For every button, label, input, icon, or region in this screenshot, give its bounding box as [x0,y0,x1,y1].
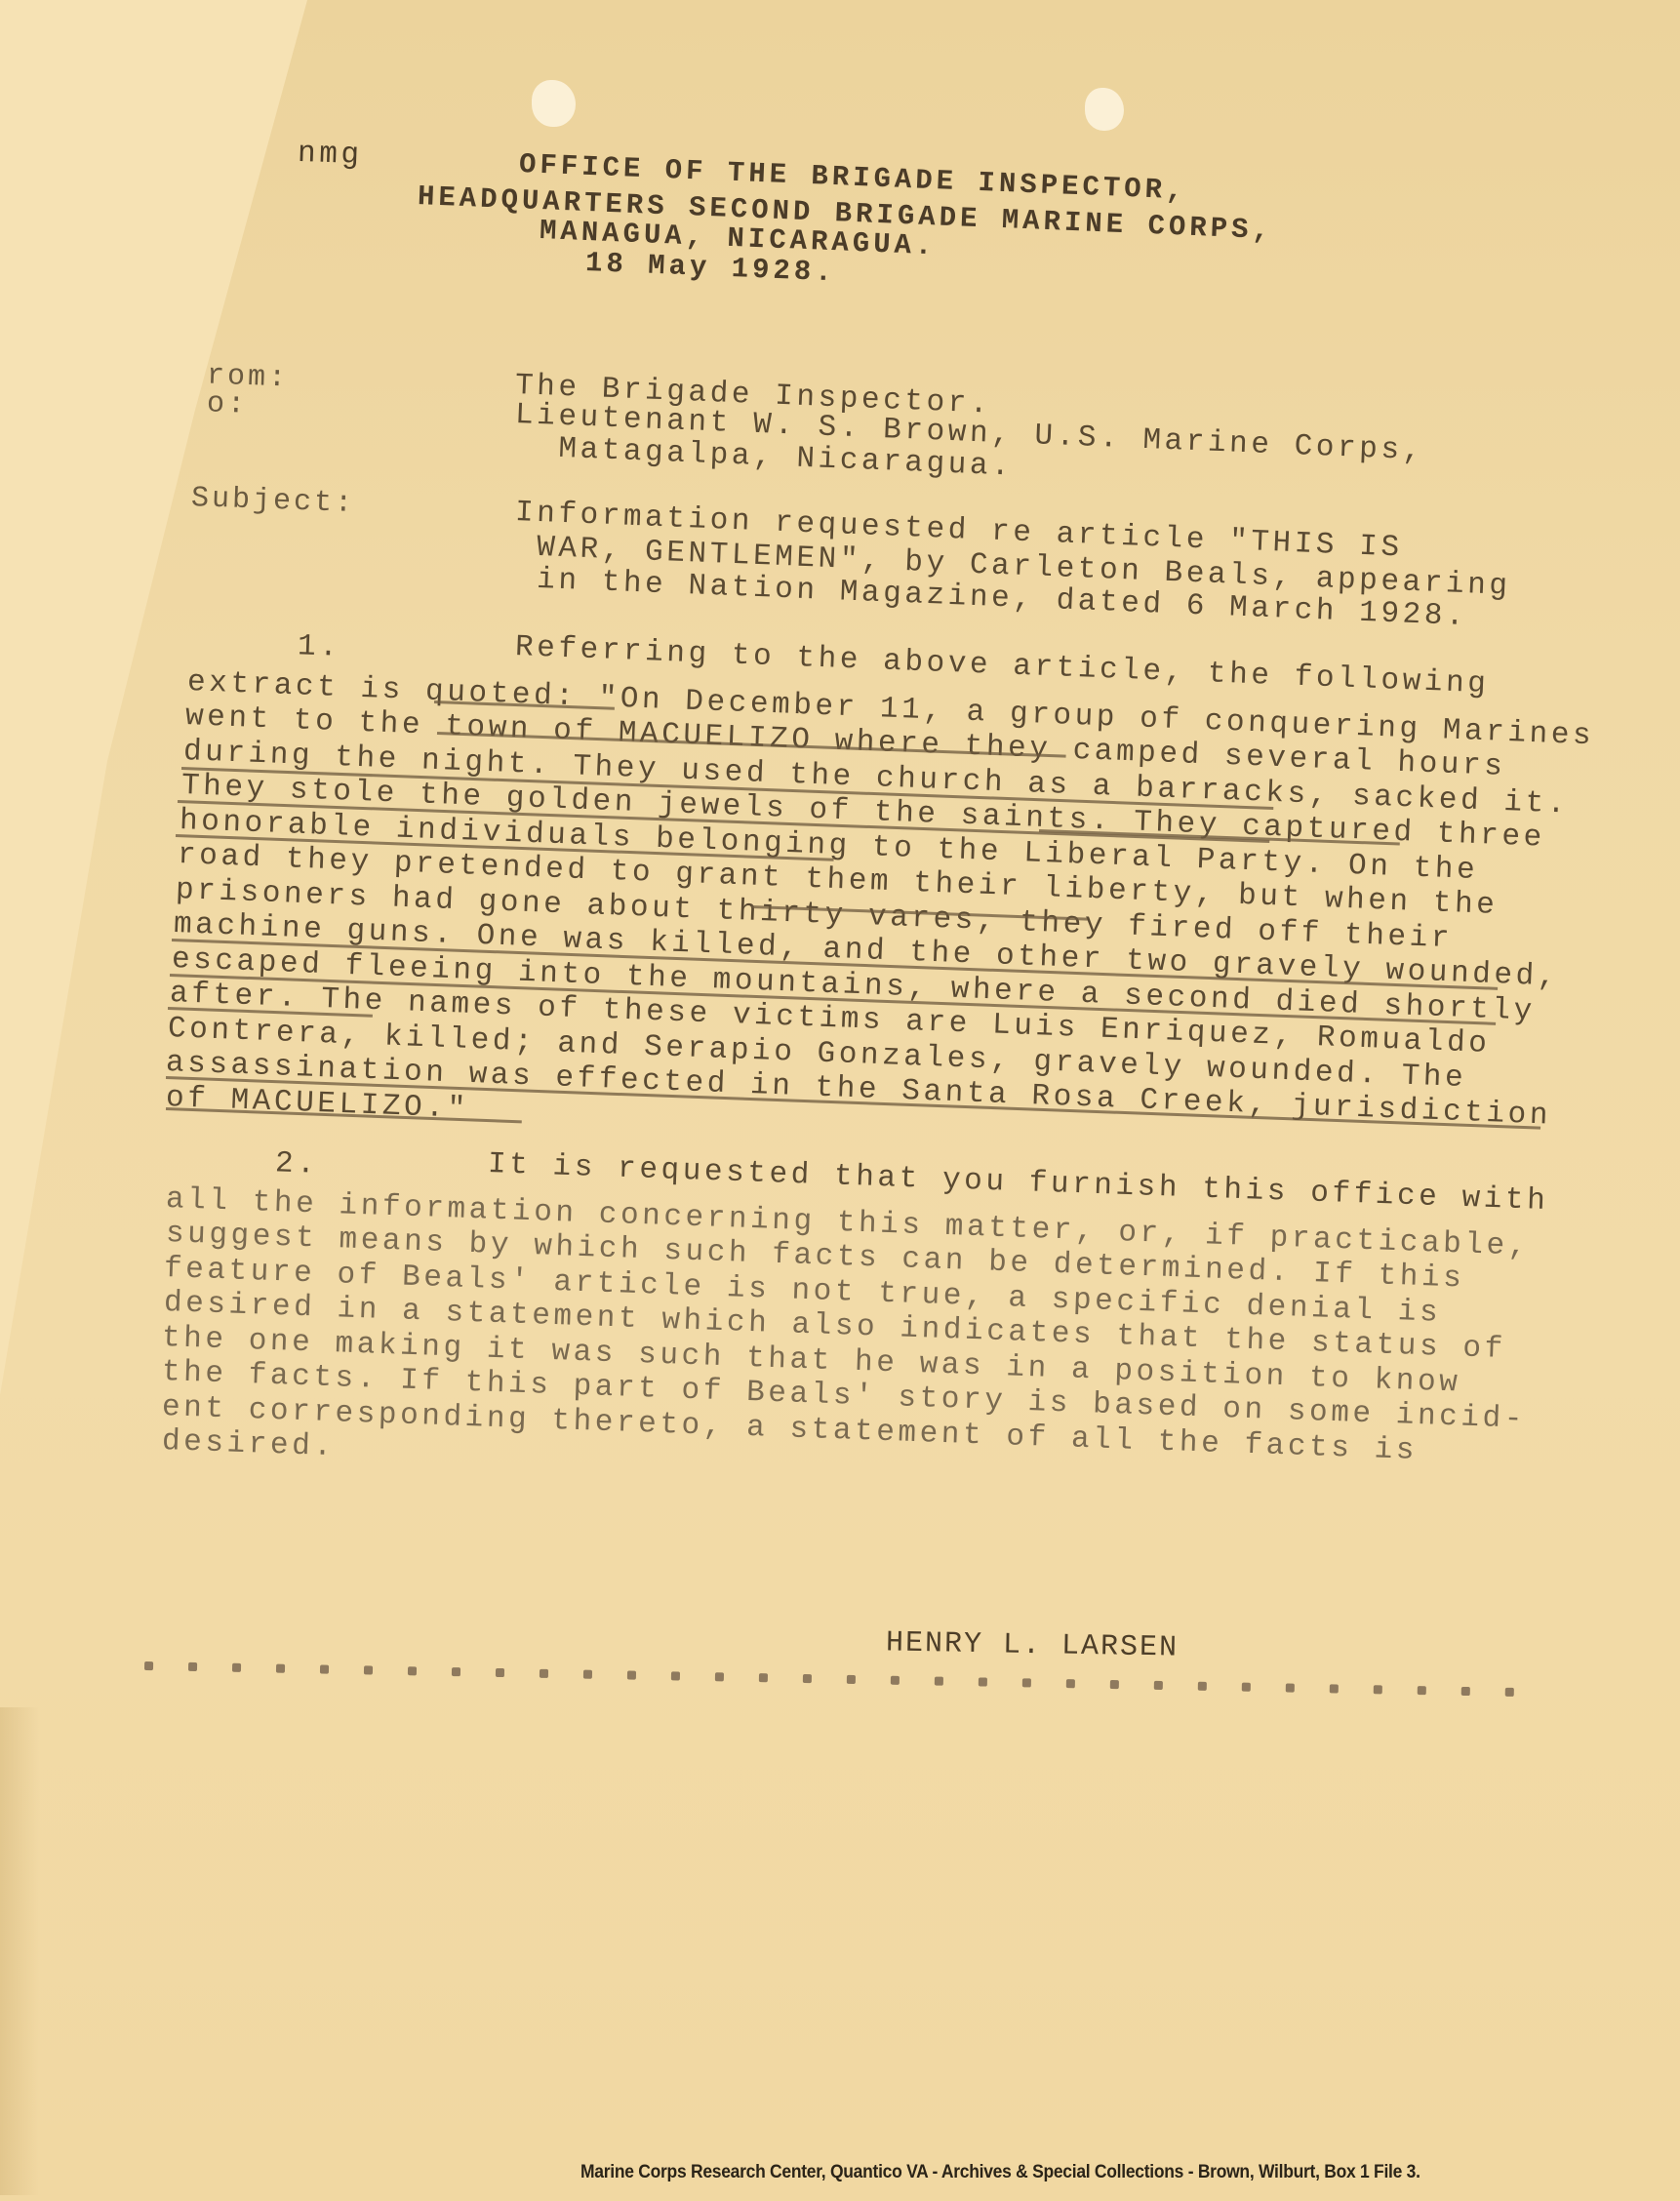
subject-label: Subject: [190,482,355,521]
separator-dot [1066,1679,1075,1688]
dotted-separator [144,1654,1520,1709]
separator-dot [803,1674,812,1683]
separator-dot [583,1670,592,1679]
paragraph-number: 2. [274,1148,318,1181]
paragraph-line: desired. [161,1426,336,1462]
separator-dot [540,1669,548,1678]
separator-dot [759,1673,768,1682]
separator-dot [364,1665,373,1674]
to-label: o: [206,387,248,421]
separator-dot [1242,1683,1251,1692]
separator-dot [232,1663,241,1672]
separator-dot [1286,1683,1295,1692]
punch-hole [1085,88,1124,131]
separator-dot [1374,1685,1382,1694]
separator-dot [452,1667,460,1676]
separator-dot [847,1675,856,1684]
separator-dot [1198,1682,1207,1691]
separator-dot [671,1671,680,1680]
separator-dot [891,1676,900,1685]
signature: HENRY L. LARSEN [886,1628,1180,1662]
separator-dot [1022,1678,1031,1687]
archive-caption: Marine Corps Research Center, Quantico V… [580,2162,1420,2183]
separator-dot [320,1664,329,1673]
separator-dot [1110,1680,1119,1689]
separator-dot [1418,1686,1426,1695]
separator-dot [935,1677,943,1686]
punch-hole [532,80,576,127]
separator-dot [408,1666,417,1675]
separator-dot [1154,1681,1163,1690]
separator-dot [1505,1688,1514,1697]
paragraph-number: 1. [297,631,340,663]
separator-dot [1461,1687,1470,1696]
separator-dot [1330,1684,1339,1693]
separator-dot [144,1661,153,1670]
separator-dot [496,1668,504,1677]
typed-letter-page: nmg OFFICE OF THE BRIGADE INSPECTOR, HEA… [0,0,1680,2201]
separator-dot [627,1671,636,1680]
separator-dot [188,1662,197,1671]
separator-dot [715,1672,724,1681]
corner-mark: nmg [297,139,363,171]
separator-dot [979,1677,987,1686]
separator-dot [276,1664,285,1673]
